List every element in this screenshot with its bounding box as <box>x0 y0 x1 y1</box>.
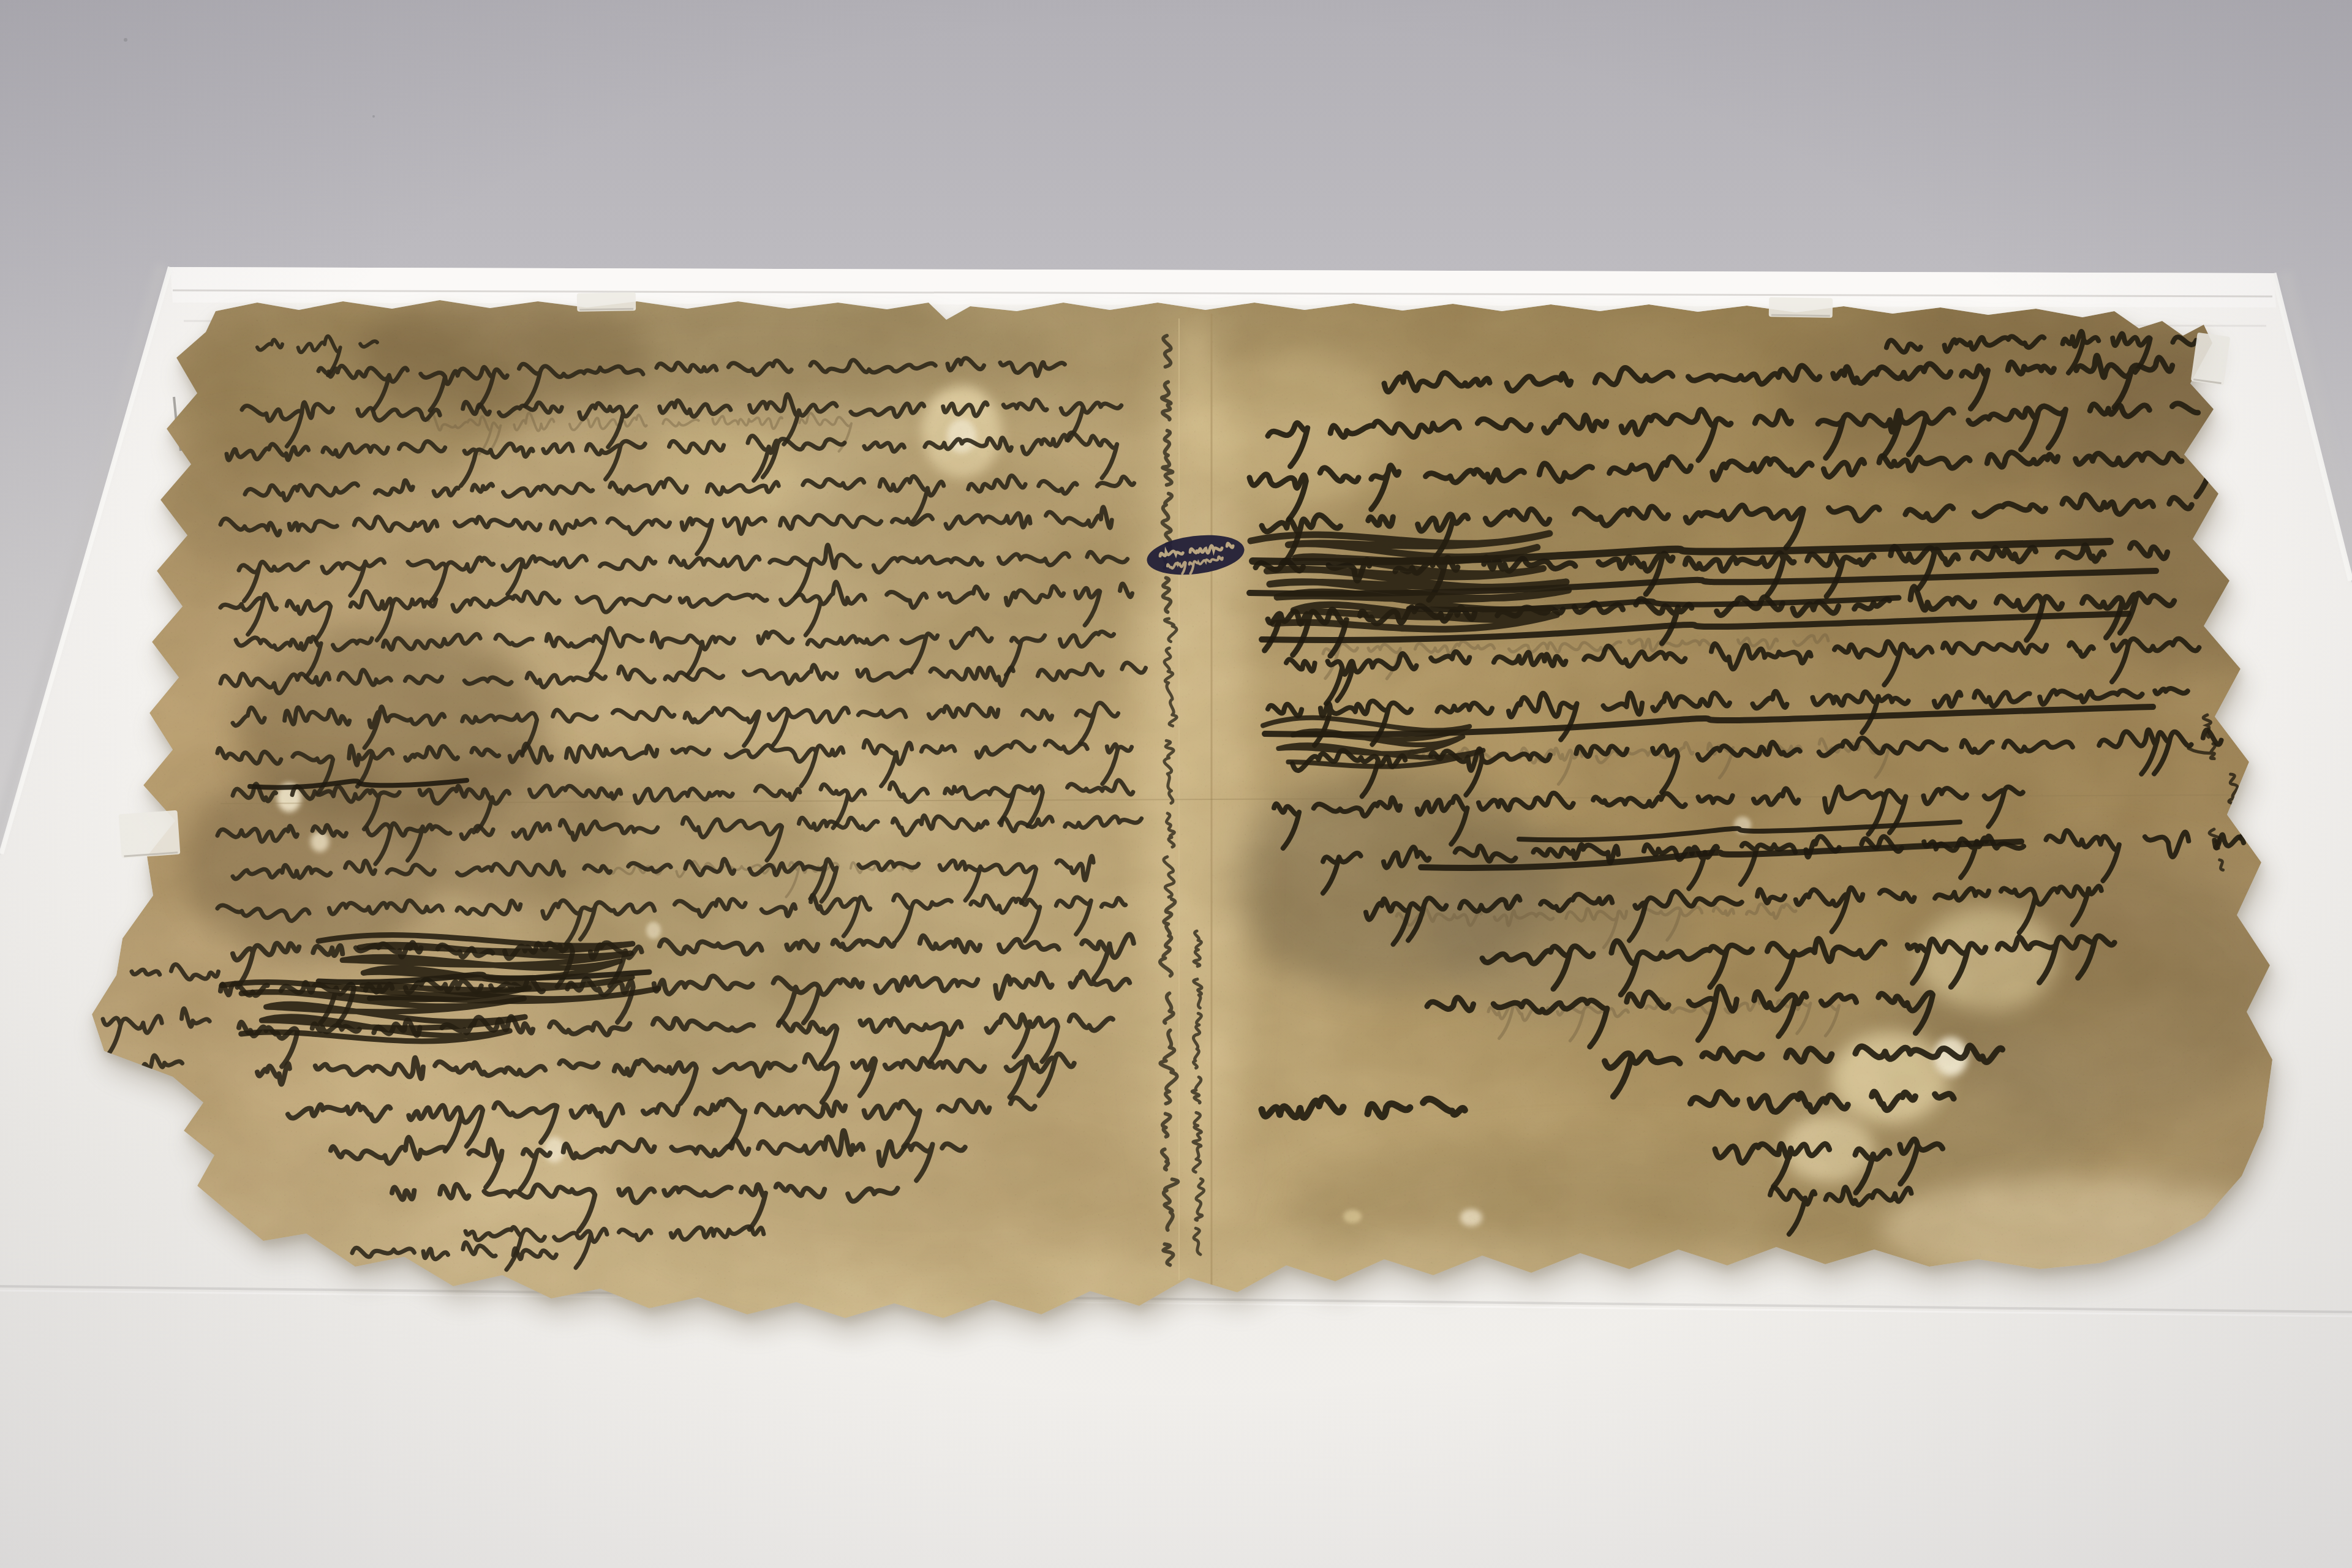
manuscript-display-photo <box>0 0 2352 1568</box>
photo-stage <box>0 0 2352 1568</box>
vignette-overlay <box>0 0 2352 1568</box>
